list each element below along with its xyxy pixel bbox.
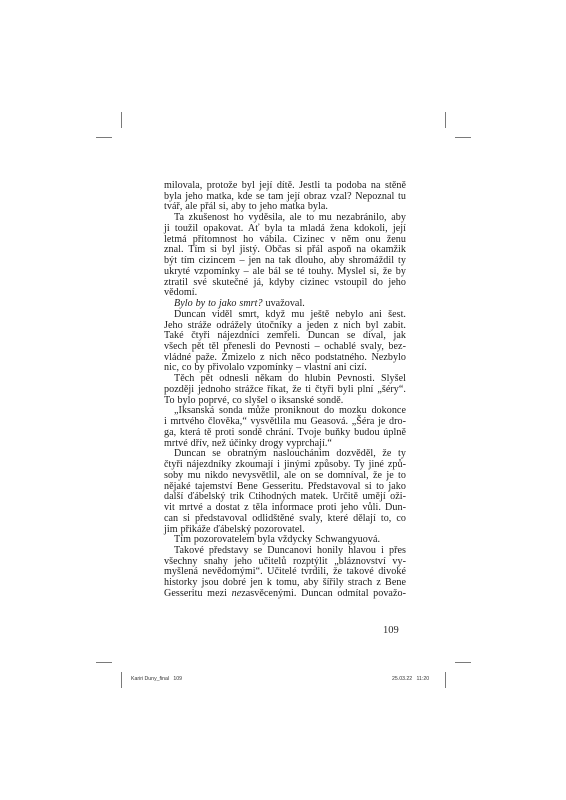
- text-line: Gesseritu mezi nezasvěcenými. Duncan odm…: [164, 589, 406, 600]
- slug-timestamp: 25.03.22 11:20: [392, 676, 429, 682]
- text-line: ukryté vzpomínky – ale bál se té touhy. …: [164, 267, 406, 278]
- text-line: ztratil své skutečné já, kdyby cizinec v…: [164, 278, 406, 289]
- text-line: ga, která tě proti sondě chrání. Tvoje b…: [164, 428, 406, 439]
- crop-mark-top-right-vertical: [445, 112, 446, 128]
- body-text: milovala, protože byl její dítě. Jestli …: [164, 181, 406, 600]
- crop-mark-top-right-horizontal: [455, 137, 471, 138]
- crop-mark-bottom-left-horizontal: [96, 662, 112, 663]
- italic-text: ne: [232, 588, 242, 599]
- crop-mark-top-left-vertical: [121, 112, 122, 128]
- slug-filename: Kariri Duny_final 109: [131, 676, 182, 682]
- crop-mark-top-left-horizontal: [96, 137, 112, 138]
- text-line: soby mu nikdo nevysvětlil, ale on se dom…: [164, 471, 406, 482]
- italic-text: Bylo by to jako smrt?: [174, 298, 263, 309]
- page-number: 109: [383, 625, 399, 636]
- text-line: Duncan viděl smrt, když mu ještě nebylo …: [164, 310, 406, 321]
- text-line: can si představoval odlidštěné svaly, kt…: [164, 514, 406, 525]
- crop-mark-bottom-right-horizontal: [455, 662, 471, 663]
- crop-mark-bottom-right-vertical: [445, 672, 446, 688]
- crop-mark-bottom-left-vertical: [121, 672, 122, 688]
- book-page: milovala, protože byl její dítě. Jestli …: [0, 0, 566, 800]
